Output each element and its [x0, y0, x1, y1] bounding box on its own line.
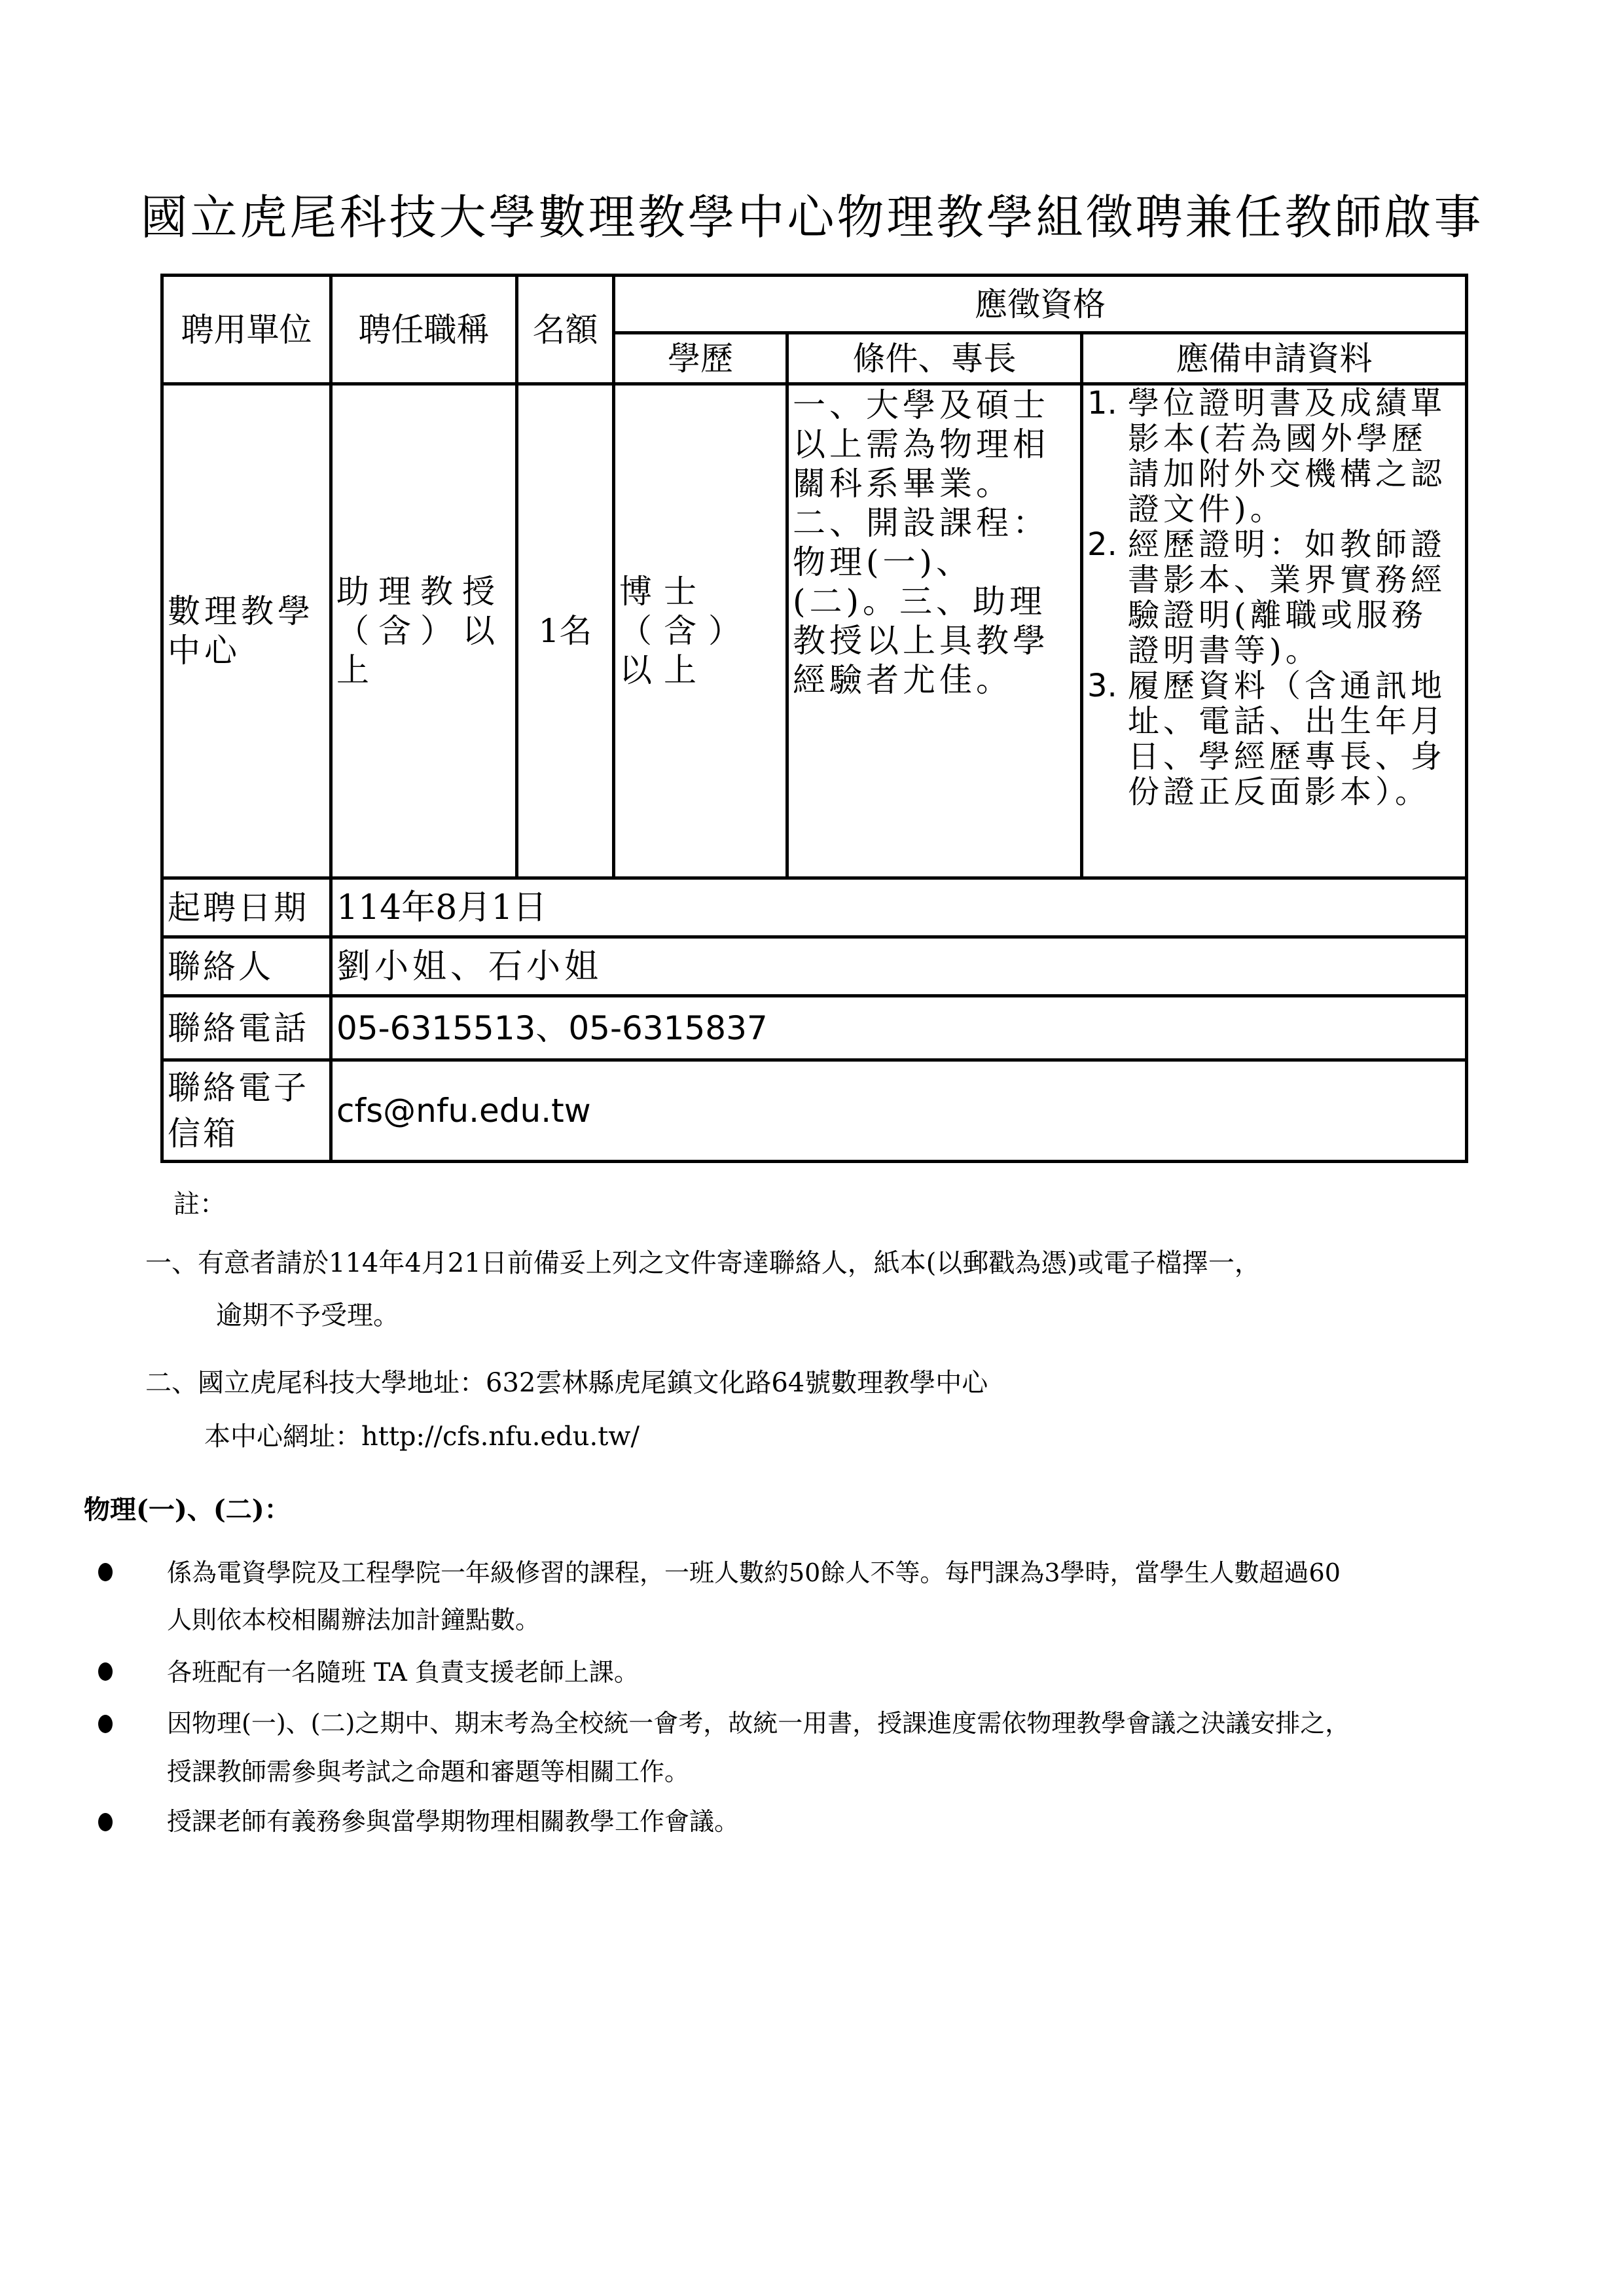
notes-heading: 註：	[173, 1188, 226, 1221]
header-conditions: 條件、專長	[787, 333, 1082, 384]
physics-bullet-1-line-1: 係為電資學院及工程學院一年級修習的課程，一班人數約50餘人不等。每門課為3學時，…	[167, 1556, 1341, 1589]
physics-bullet-1-line-2: 人則依本校相關辦法加計鐘點數。	[167, 1604, 540, 1636]
note-2-line-1: 二、國立虎尾科技大學地址：632雲林縣虎尾鎮文化路64號數理教學中心	[145, 1367, 988, 1399]
document-item: 2.經歷證明：如教師證書影本、業界實務經驗證明(離職或服務證明書等)。	[1087, 527, 1461, 668]
cell-conditions: 一、大學及碩士以上需為物理相關科系畢業。二、開設課程：物理(一)、(二)。三、助…	[787, 384, 1082, 878]
note-1-line-1: 一、有意者請於114年4月21日前備妥上列之文件寄達聯絡人，紙本(以郵戳為憑)或…	[145, 1247, 1261, 1280]
recruitment-table: 聘用單位 聘任職稱 名額 應徵資格 學歷 條件、專長 應備申請資料 數理教學中心…	[160, 274, 1468, 1163]
document-item: 1.學位證明書及成績單影本(若為國外學歷請加附外交機構之認證文件)。	[1087, 386, 1461, 527]
bullet-icon	[98, 1563, 113, 1581]
bullet-icon	[98, 1715, 113, 1733]
note-1-line-2: 逾期不予受理。	[216, 1299, 399, 1332]
value-contact-person: 劉小姐、石小姐	[331, 937, 1467, 996]
cell-education: 博士（含）以上	[614, 384, 787, 878]
physics-bullet-2: 各班配有一名隨班 TA 負責支援老師上課。	[167, 1656, 639, 1689]
label-contact-person: 聯絡人	[162, 937, 331, 996]
cell-quota: 1名	[517, 384, 614, 878]
physics-bullet-3-line-1: 因物理(一)、(二)之期中、期末考為全校統一會考，故統一用書，授課進度需依物理教…	[167, 1707, 1350, 1740]
value-contact-email: cfs@nfu.edu.tw	[331, 1060, 1467, 1162]
page-title: 國立虎尾科技大學數理教學中心物理教學組徵聘兼任教師啟事	[0, 185, 1624, 250]
value-contact-phone: 05-6315513、05-6315837	[331, 996, 1467, 1060]
label-start-date: 起聘日期	[162, 878, 331, 937]
documents-list: 1.學位證明書及成績單影本(若為國外學歷請加附外交機構之認證文件)。 2.經歷證…	[1087, 386, 1461, 810]
header-unit: 聘用單位	[162, 276, 331, 384]
website-link[interactable]: 本中心網址：http://cfs.nfu.edu.tw/	[204, 1422, 640, 1452]
label-contact-email: 聯絡電子信箱	[162, 1060, 331, 1162]
label-contact-phone: 聯絡電話	[162, 996, 331, 1060]
bullet-icon	[98, 1813, 113, 1831]
cell-position: 助理教授（含）以上	[331, 384, 517, 878]
header-position: 聘任職稱	[331, 276, 517, 384]
header-documents: 應備申請資料	[1082, 333, 1467, 384]
note-2-line-2: 本中心網址：http://cfs.nfu.edu.tw/	[204, 1420, 640, 1453]
physics-bullet-3-line-2: 授課教師需參與考試之命題和審題等相關工作。	[167, 1755, 689, 1788]
header-qualifications: 應徵資格	[614, 276, 1467, 333]
physics-heading: 物理(一)、(二)：	[84, 1494, 291, 1526]
header-quota: 名額	[517, 276, 614, 384]
physics-bullet-4: 授課老師有義務參與當學期物理相關教學工作會議。	[167, 1805, 739, 1838]
cell-unit: 數理教學中心	[162, 384, 331, 878]
email-link[interactable]: cfs@nfu.edu.tw	[336, 1092, 591, 1130]
header-education: 學歷	[614, 333, 787, 384]
bullet-icon	[98, 1662, 113, 1681]
value-start-date: 114年8月1日	[331, 878, 1467, 937]
cell-documents: 1.學位證明書及成績單影本(若為國外學歷請加附外交機構之認證文件)。 2.經歷證…	[1082, 384, 1467, 878]
document-item: 3.履歷資料（含通訊地址、電話、出生年月日、學經歷專長、身份證正反面影本）。	[1087, 668, 1461, 810]
